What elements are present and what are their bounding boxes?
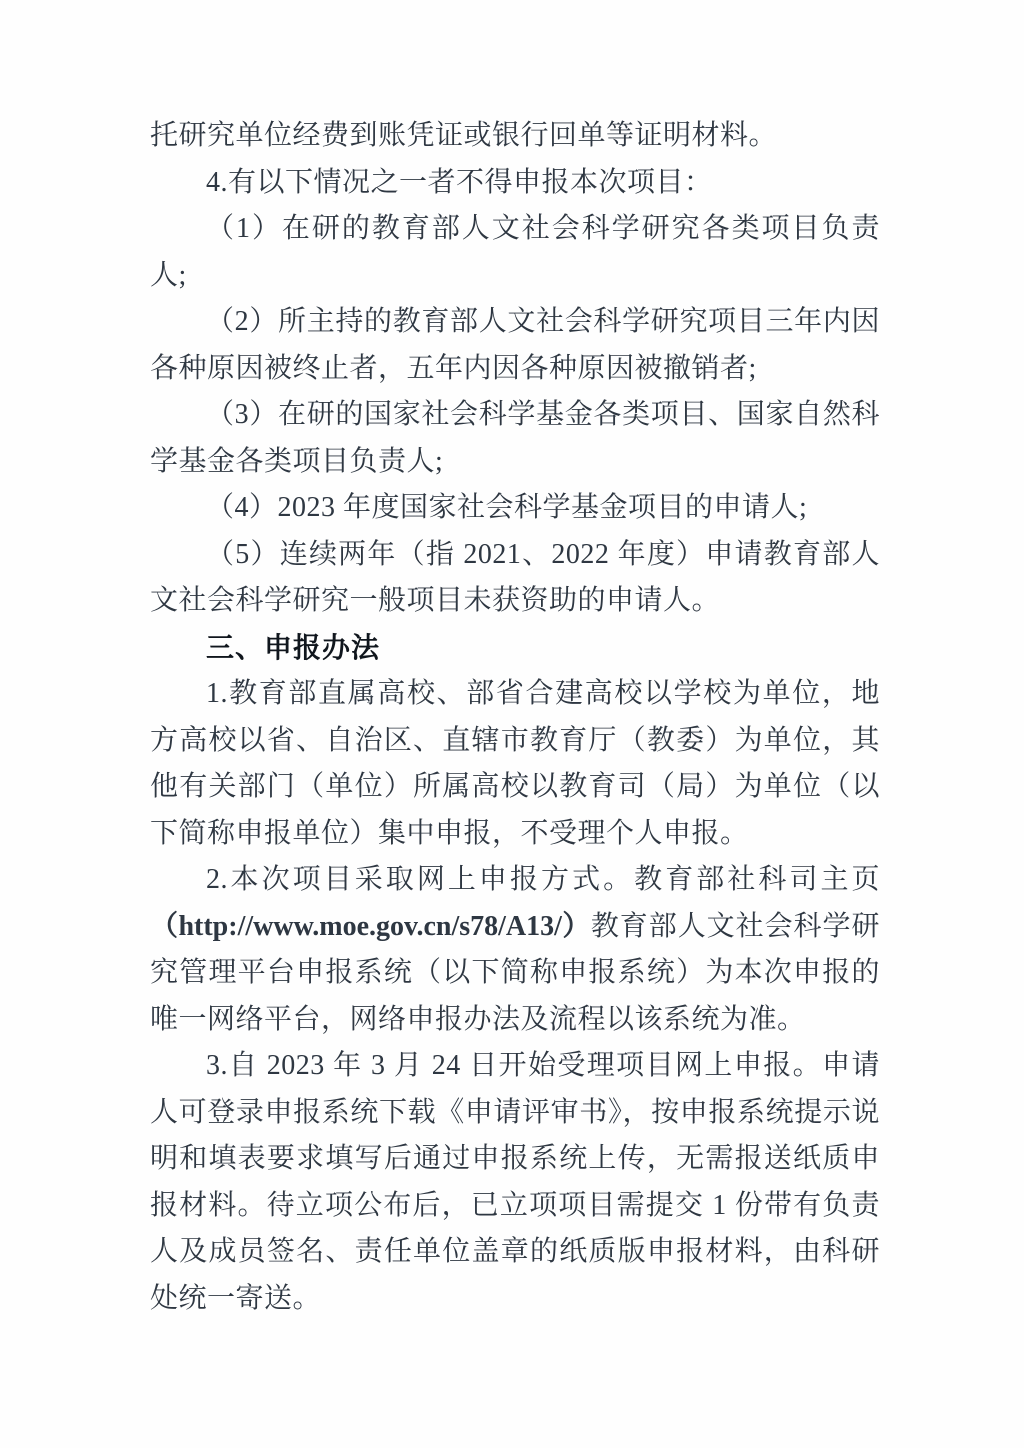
paragraph-method-1: 1.教育部直属高校、部省合建高校以学校为单位，地方高校以省、自治区、直辖市教育厅… <box>150 671 880 857</box>
paragraph-case-2: （2）所主持的教育部人文社会科学研究项目三年内因各种原因被终止者，五年内因各种原… <box>150 299 880 392</box>
paragraph-method-3: 3.自 2023 年 3 月 24 日开始受理项目网上申报。申请人可登录申报系统… <box>150 1043 880 1322</box>
paragraph-case-1: （1）在研的教育部人文社会科学研究各类项目负责人; <box>150 206 880 299</box>
paragraph-case-3: （3）在研的国家社会科学基金各类项目、国家自然科学基金各类项目负责人; <box>150 392 880 485</box>
moe-homepage-url: （http://www.moe.gov.cn/s78/A13/） <box>150 911 591 942</box>
paragraph-item4-lead: 4.有以下情况之一者不得申报本次项目： <box>150 160 880 207</box>
paragraph-method-2: 2.本次项目采取网上申报方式。教育部社科司主页（http://www.moe.g… <box>150 857 880 1043</box>
document-page: 托研究单位经费到账凭证或银行回单等证明材料。 4.有以下情况之一者不得申报本次项… <box>0 0 1024 1448</box>
paragraph-case-4: （4）2023 年度国家社会科学基金项目的申请人; <box>150 485 880 532</box>
paragraph-case-5: （5）连续两年（指 2021、2022 年度）申请教育部人文社会科学研究一般项目… <box>150 532 880 625</box>
document-text-block: 托研究单位经费到账凭证或银行回单等证明材料。 4.有以下情况之一者不得申报本次项… <box>150 113 880 1322</box>
section-heading-application-method: 三、申报办法 <box>150 625 880 672</box>
paragraph-carryover: 托研究单位经费到账凭证或银行回单等证明材料。 <box>150 113 880 160</box>
method2-text-before-url: 2.本次项目采取网上申报方式。教育部社科司主页 <box>206 864 880 895</box>
